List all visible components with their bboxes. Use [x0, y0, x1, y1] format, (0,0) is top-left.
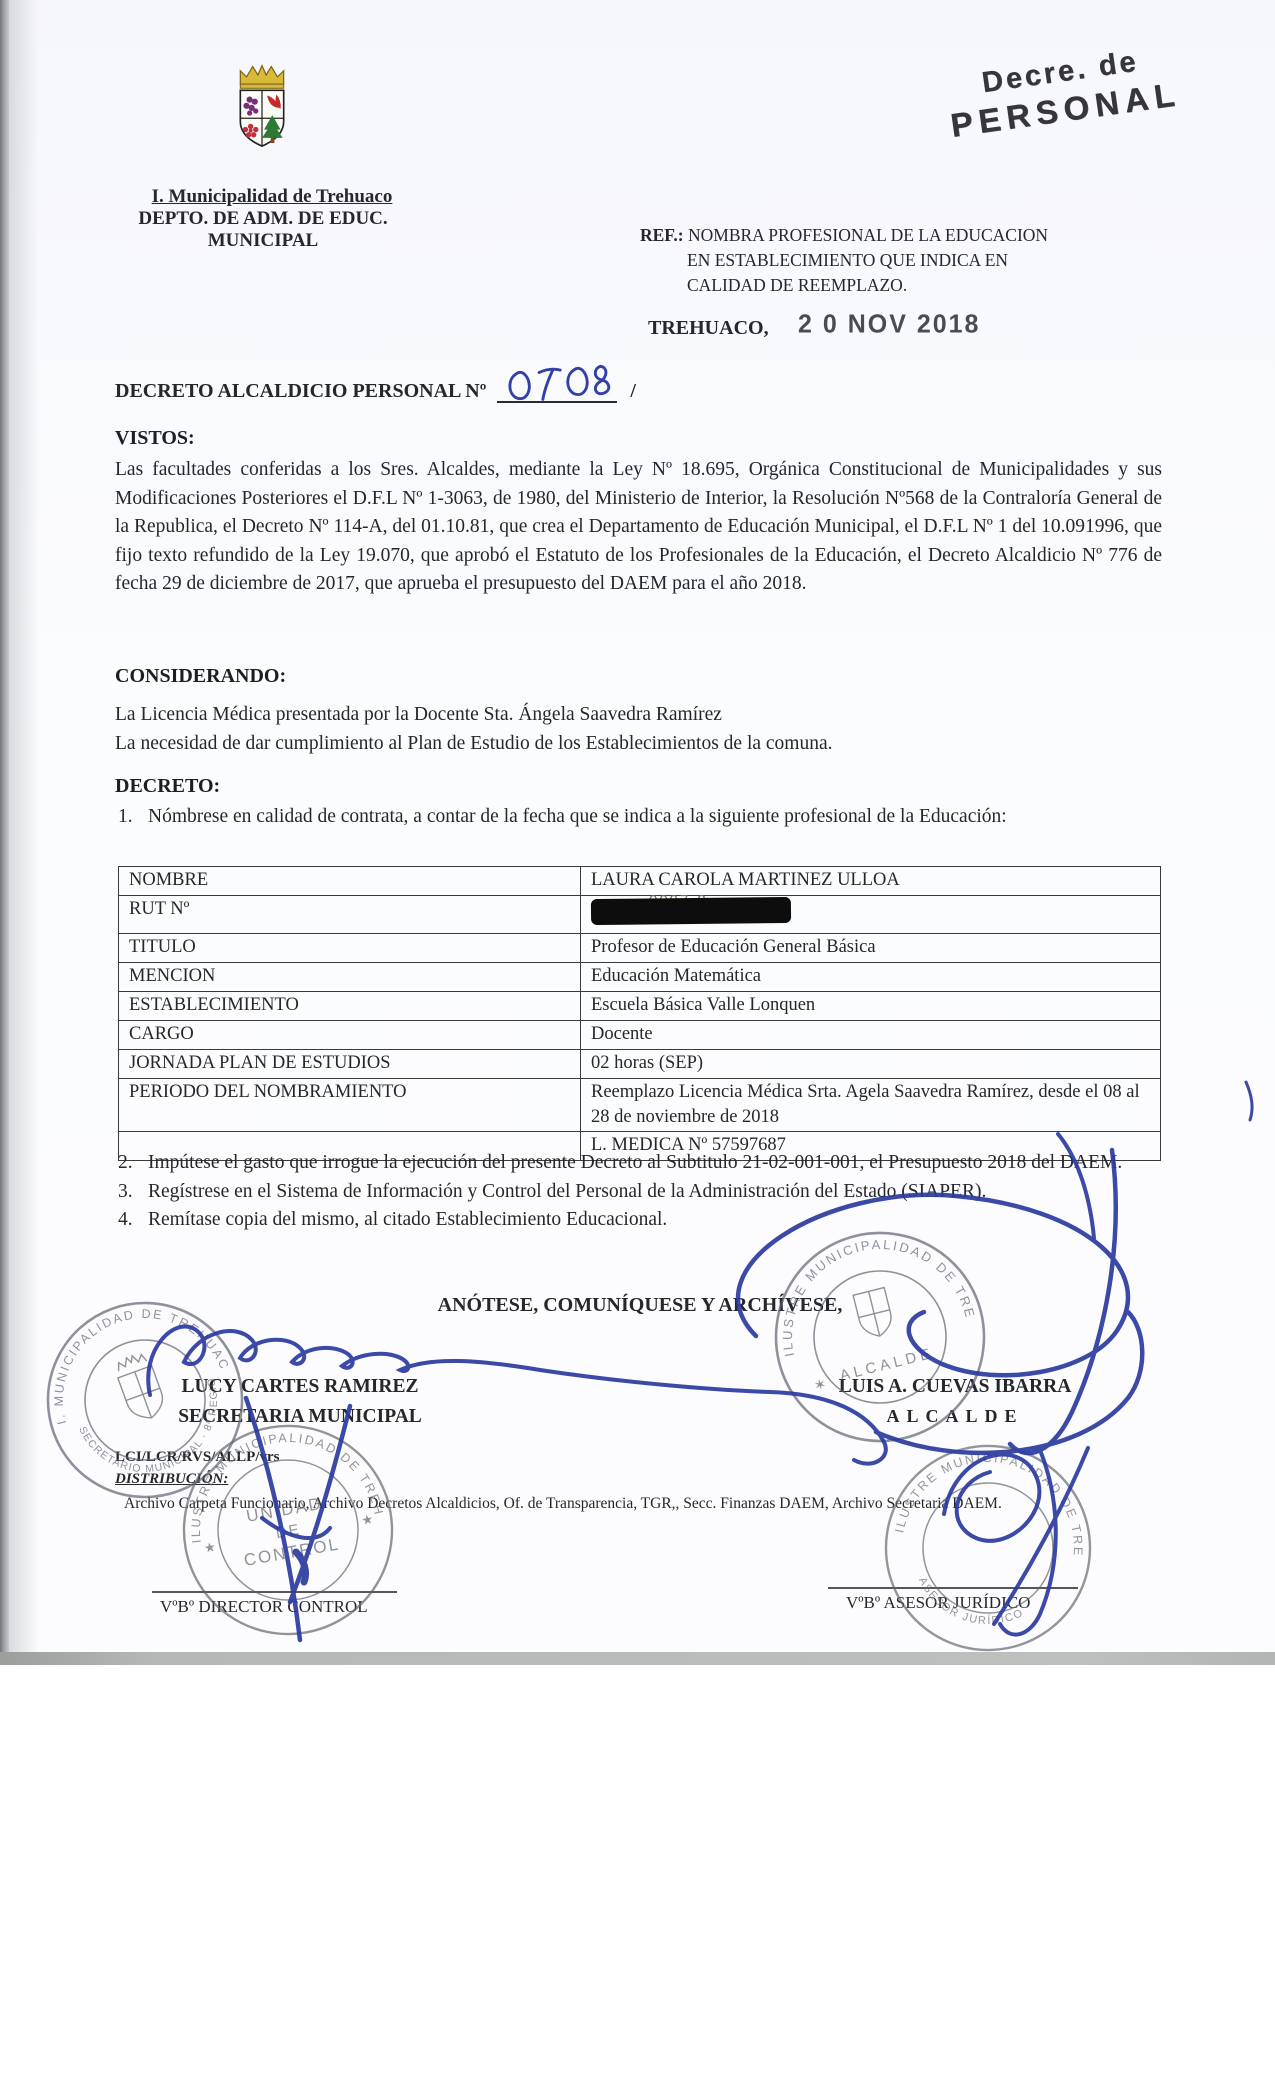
- row-label: TITULO: [119, 934, 581, 963]
- decree-number-handwritten: [497, 371, 617, 403]
- mayor-seal-star: ✶: [812, 1376, 828, 1396]
- handwritten-0708-ink: [499, 357, 615, 403]
- table-row: MENCIONEducación Matemática: [119, 963, 1161, 992]
- control-seal-line3: CONTROL: [242, 1534, 341, 1570]
- svg-text:ILUSTRE MUNICIPALIDAD DE TREHU: ILUSTRE MUNICIPALIDAD DE TREHUACO: [862, 1428, 1102, 1559]
- table-row: RUT Nº 0097-8: [119, 896, 1161, 934]
- decree-number-label: DECRETO ALCALDICIO PERSONAL Nº: [115, 380, 486, 402]
- legal-advisor-round-seal: ILUSTRE MUNICIPALIDAD DE TREHUACO ASESOR…: [862, 1428, 1117, 1680]
- row-label: JORNADA PLAN DE ESTUDIOS: [119, 1050, 581, 1079]
- decree-item-2: 2. Impútese el gasto que irrogue la ejec…: [118, 1149, 1165, 1178]
- row-value-redacted: 0097-8: [581, 896, 1161, 934]
- item-text: Nómbrese en calidad de contrata, a conta…: [148, 803, 1163, 832]
- row-value: Reemplazo Licencia Médica Srta. Agela Sa…: [581, 1079, 1161, 1132]
- place-label: TREHUACO,: [648, 317, 769, 340]
- row-label: ESTABLECIMIENTO: [119, 992, 581, 1021]
- rut-redaction: 0097-8: [591, 897, 796, 924]
- considerando-line2: La necesidad de dar cumplimiento al Plan…: [115, 733, 833, 755]
- reference-line1: REF.: NOMBRA PROFESIONAL DE LA EDUCACION: [640, 223, 1090, 248]
- considerando-heading: CONSIDERANDO:: [115, 665, 286, 688]
- table-row: JORNADA PLAN DE ESTUDIOS02 horas (SEP): [119, 1050, 1161, 1079]
- item-number: 4.: [118, 1206, 148, 1235]
- table-row: ESTABLECIMIENTOEscuela Básica Valle Lonq…: [119, 992, 1161, 1021]
- department-name: DEPTO. DE ADM. DE EDUC. MUNICIPAL: [98, 208, 428, 252]
- decree-number-line: DECRETO ALCALDICIO PERSONAL Nº /: [115, 371, 636, 403]
- mayor-seal-center-text: ALCALDE: [838, 1345, 936, 1385]
- row-value: Docente: [581, 1021, 1161, 1050]
- item-number: 2.: [118, 1149, 148, 1178]
- row-value: Educación Matemática: [581, 963, 1161, 992]
- control-seal-line1: UNIDAD: [245, 1494, 324, 1526]
- decreto-heading: DECRETO:: [115, 775, 220, 798]
- row-label: RUT Nº: [119, 896, 581, 934]
- item-text: Impútese el gasto que irrogue la ejecuci…: [148, 1149, 1165, 1178]
- municipality-crest-icon: [230, 62, 294, 160]
- vistos-heading: VISTOS:: [115, 427, 195, 450]
- row-label: PERIODO DEL NOMBRAMIENTO: [119, 1079, 581, 1132]
- reference-line2: EN ESTABLECIMIENTO QUE INDICA EN: [687, 248, 1090, 273]
- row-value: Profesor de Educación General Básica: [581, 934, 1161, 963]
- date-ink-stamp: 2 0 NOV 2018: [798, 309, 980, 339]
- control-round-seal: ILUSTRE MUNICIPALIDAD DE TREHUACO UNIDAD…: [168, 1412, 413, 1654]
- vistos-paragraph: Las facultades conferidas a los Sres. Al…: [115, 456, 1162, 599]
- redaction-bar: [591, 897, 791, 925]
- item-number: 3.: [118, 1178, 148, 1207]
- appointment-table: NOMBRELAURA CAROLA MARTINEZ ULLOA RUT Nº…: [118, 866, 1161, 1161]
- reference-label: REF.:: [640, 225, 684, 245]
- row-label: CARGO: [119, 1021, 581, 1050]
- decree-item-3: 3. Regístrese en el Sistema de Informaci…: [118, 1178, 1165, 1207]
- table-row: NOMBRELAURA CAROLA MARTINEZ ULLOA: [119, 867, 1161, 896]
- scan-left-edge: [0, 0, 9, 1665]
- reference-line3: CALIDAD DE REEMPLAZO.: [687, 273, 1090, 298]
- legal-seal-inner-text: ASESOR JURÍDICO: [911, 1574, 1030, 1633]
- table-row: PERIODO DEL NOMBRAMIENTOReemplazo Licenc…: [119, 1079, 1161, 1132]
- municipality-name: I. Municipalidad de Trehuaco: [112, 186, 432, 208]
- row-label: MENCION: [119, 963, 581, 992]
- legal-seal-ring-text: ILUSTRE MUNICIPALIDAD DE TREHUACO: [862, 1428, 1102, 1559]
- control-seal-star-left: ★: [203, 1539, 217, 1556]
- row-value: 02 horas (SEP): [581, 1050, 1161, 1079]
- row-value: Escuela Básica Valle Lonquen: [581, 992, 1161, 1021]
- row-label: NOMBRE: [119, 867, 581, 896]
- item-text: Regístrese en el Sistema de Información …: [148, 1178, 1165, 1207]
- considerando-line1: La Licencia Médica presentada por la Doc…: [115, 704, 722, 726]
- item-number: 1.: [118, 803, 148, 832]
- reference-block: REF.: NOMBRA PROFESIONAL DE LA EDUCACION…: [640, 223, 1090, 298]
- control-seal-line2: DE: [275, 1521, 302, 1542]
- decree-number-suffix: /: [630, 380, 636, 402]
- scanned-decree-page: I. Municipalidad de Trehuaco DEPTO. DE A…: [0, 0, 1275, 2100]
- reference-text1: NOMBRA PROFESIONAL DE LA EDUCACION: [688, 225, 1048, 245]
- table-row: TITULOProfesor de Educación General Bási…: [119, 934, 1161, 963]
- table-row: CARGODocente: [119, 1021, 1161, 1050]
- decree-item-1: 1. Nómbrese en calidad de contrata, a co…: [118, 803, 1163, 832]
- svg-text:ASESOR JURÍDICO: ASESOR JURÍDICO: [911, 1574, 1030, 1633]
